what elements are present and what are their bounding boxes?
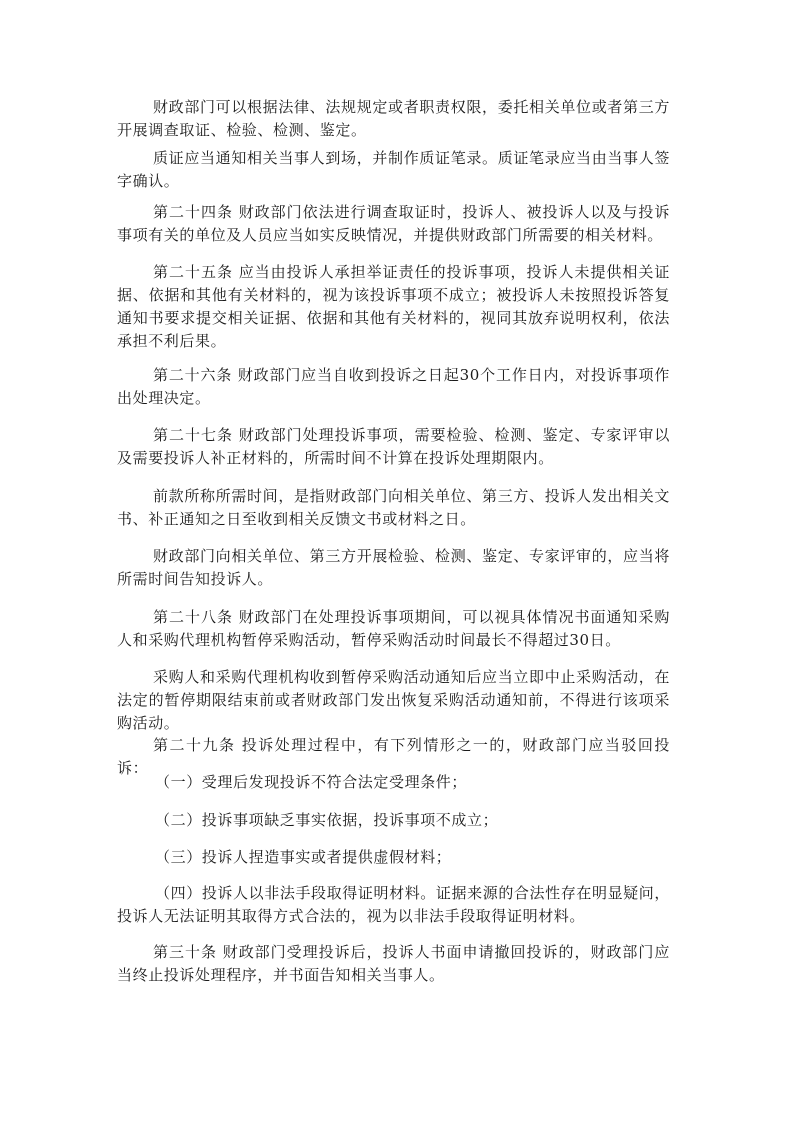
list-item-1: （一）受理后发现投诉不符合法定受理条件； <box>117 771 670 794</box>
paragraph-delegation: 财政部门可以根据法律、法规规定或者职责权限，委托相关单位或者第三方开展调查取证、… <box>117 96 670 142</box>
list-item-4: （四）投诉人以非法手段取得证明材料。证据来源的合法性存在明显疑问，投诉人无法证明… <box>117 882 670 928</box>
paragraph-notify-time: 财政部门向相关单位、第三方开展检验、检测、鉴定、专家评审的，应当将所需时间告知投… <box>117 545 670 591</box>
article-26: 第二十六条 财政部门应当自收到投诉之日起30个工作日内，对投诉事项作出处理决定。 <box>117 364 670 410</box>
article-27: 第二十七条 财政部门处理投诉事项，需要检验、检测、鉴定、专家评审以及需要投诉人补… <box>117 424 670 470</box>
list-item-3: （三）投诉人捏造事实或者提供虚假材料； <box>117 846 670 869</box>
document-page: 财政部门可以根据法律、法规规定或者职责权限，委托相关单位或者第三方开展调查取证、… <box>0 0 793 1122</box>
article-30: 第三十条 财政部门受理投诉后，投诉人书面申请撤回投诉的，财政部门应当终止投诉处理… <box>117 941 670 987</box>
paragraph-required-time: 前款所称所需时间，是指财政部门向相关单位、第三方、投诉人发出相关文书、补正通知之… <box>117 485 670 531</box>
article-24: 第二十四条 财政部门依法进行调查取证时，投诉人、被投诉人以及与投诉事项有关的单位… <box>117 201 670 247</box>
article-28: 第二十八条 财政部门在处理投诉事项期间，可以视具体情况书面通知采购人和采购代理机… <box>117 606 670 652</box>
paragraph-cross-examination: 质证应当通知相关当事人到场，并制作质证笔录。质证笔录应当由当事人签字确认。 <box>117 147 670 193</box>
article-25: 第二十五条 应当由投诉人承担举证责任的投诉事项，投诉人未提供相关证据、依据和其他… <box>117 261 670 353</box>
list-item-2: （二）投诉事项缺乏事实依据，投诉事项不成立； <box>117 809 670 832</box>
paragraph-suspend-procurement: 采购人和采购代理机构收到暂停采购活动通知后应当立即中止采购活动，在法定的暂停期限… <box>117 666 670 735</box>
